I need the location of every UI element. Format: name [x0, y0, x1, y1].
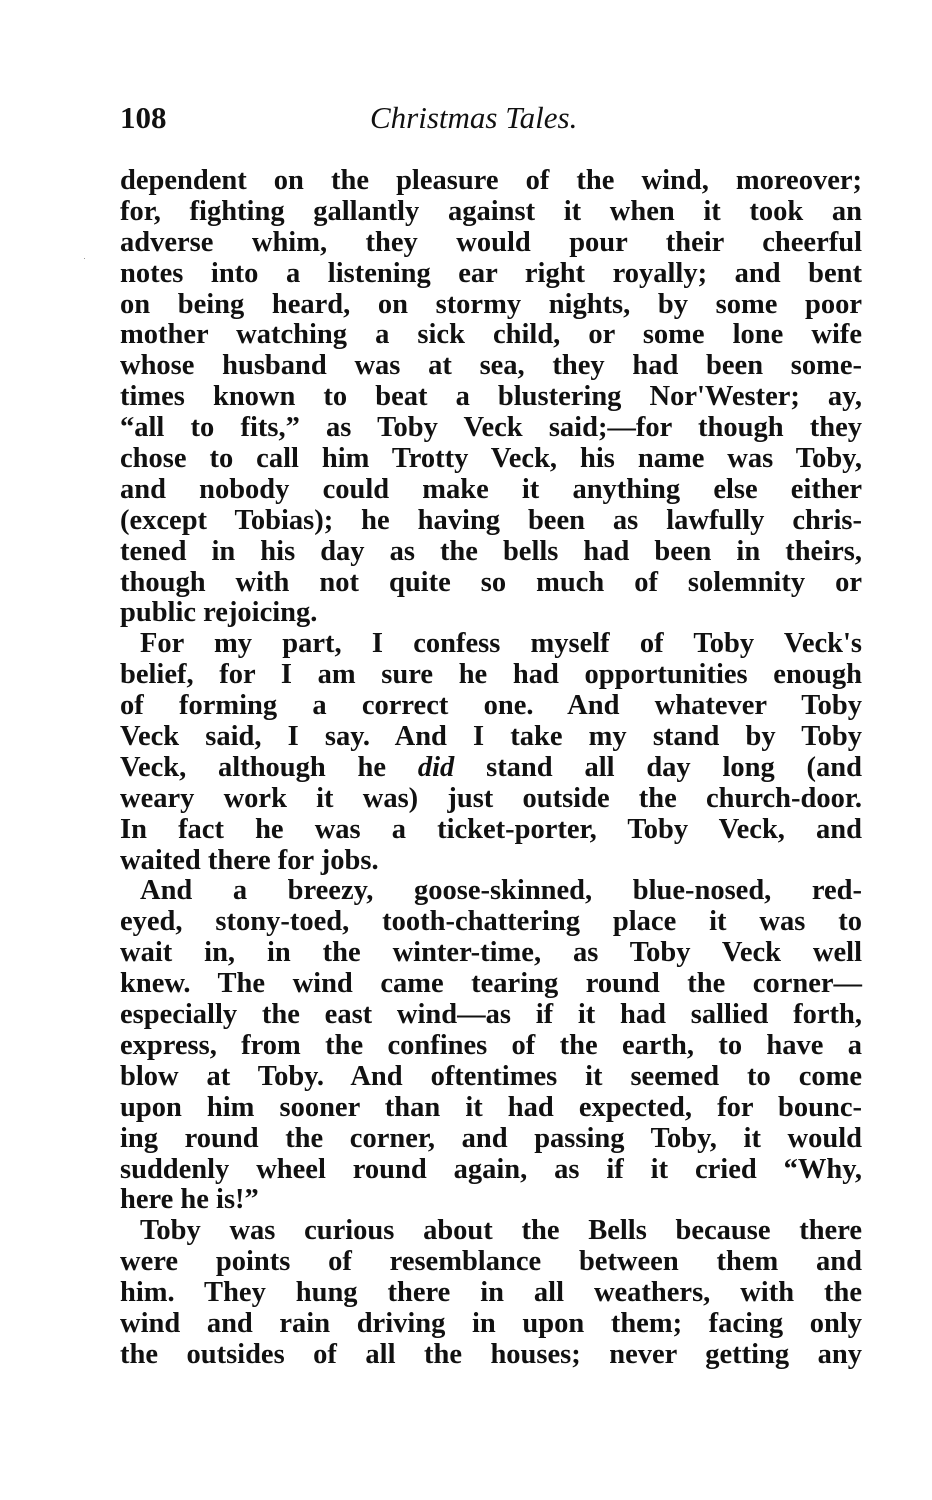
text-line: “all to fits,” as Toby Veck said;—for th… — [120, 413, 862, 444]
book-title: Christmas Tales. — [370, 100, 577, 136]
running-head: 108 Christmas Tales. — [120, 100, 862, 140]
text-line: adverse whim, they would pour their chee… — [120, 228, 862, 259]
page-number: 108 — [120, 100, 167, 136]
emphasized-word: did — [418, 752, 454, 783]
text-line: mother watching a sick child, or some lo… — [120, 320, 862, 351]
text-line: knew. The wind came tearing round the co… — [120, 969, 862, 1000]
text-line: blow at Toby. And oftentimes it seemed t… — [120, 1062, 862, 1093]
text-line: notes into a listening ear right royally… — [120, 259, 862, 290]
text-line: ing round the corner, and passing Toby, … — [120, 1124, 862, 1155]
text-line: In fact he was a ticket-porter, Toby Vec… — [120, 815, 862, 846]
body-text: dependent on the pleasure of the wind, m… — [120, 166, 862, 1371]
text-line: Veck said, I say. And I take my stand by… — [120, 722, 862, 753]
paragraph-start-line: Toby was curious about the Bells because… — [120, 1216, 862, 1247]
text-line: chose to call him Trotty Veck, his name … — [120, 444, 862, 475]
text-line: suddenly wheel round again, as if it cri… — [120, 1155, 862, 1186]
text-line: though with not quite so much of solemni… — [120, 568, 862, 599]
line-text-before: Veck, although he — [120, 752, 418, 783]
text-line: wait in, in the winter-time, as Toby Vec… — [120, 938, 862, 969]
text-line: were points of resemblance between them … — [120, 1247, 862, 1278]
text-line: of forming a correct one. And whatever T… — [120, 691, 862, 722]
text-line: and nobody could make it anything else e… — [120, 475, 862, 506]
text-line: weary work it was) just outside the chur… — [120, 784, 862, 815]
text-line: eyed, stony-toed, tooth-chattering place… — [120, 907, 862, 938]
text-line: (except Tobias); he having been as lawfu… — [120, 506, 862, 537]
paragraph-end-line: here he is!” — [120, 1185, 862, 1216]
text-line-with-emphasis: Veck, although he did stand all day long… — [120, 753, 862, 784]
text-line: express, from the confines of the earth,… — [120, 1031, 862, 1062]
text-line: especially the east wind—as if it had sa… — [120, 1000, 862, 1031]
text-line: wind and rain driving in upon them; faci… — [120, 1309, 862, 1340]
paragraph-start-line: And a breezy, goose-skinned, blue-nosed,… — [120, 876, 862, 907]
text-line: tened in his day as the bells had been i… — [120, 537, 862, 568]
text-line: him. They hung there in all weathers, wi… — [120, 1278, 862, 1309]
text-line: belief, for I am sure he had opportuniti… — [120, 660, 862, 691]
paragraph-end-line: public rejoicing. — [120, 598, 862, 629]
text-line: the outsides of all the houses; never ge… — [120, 1340, 862, 1371]
text-line: on being heard, on stormy nights, by som… — [120, 290, 862, 321]
book-page: 108 Christmas Tales. dependent on the pl… — [0, 0, 932, 1500]
line-text-after: stand all day long (and — [454, 752, 862, 783]
text-line: whose husband was at sea, they had been … — [120, 351, 862, 382]
text-line: times known to beat a blustering Nor'Wes… — [120, 382, 862, 413]
text-line: dependent on the pleasure of the wind, m… — [120, 166, 862, 197]
paragraph-end-line: waited there for jobs. — [120, 846, 862, 877]
text-line: for, fighting gallantly against it when … — [120, 197, 862, 228]
text-line: upon him sooner than it had expected, fo… — [120, 1093, 862, 1124]
print-speck — [84, 258, 85, 259]
paragraph-start-line: For my part, I confess myself of Toby Ve… — [120, 629, 862, 660]
